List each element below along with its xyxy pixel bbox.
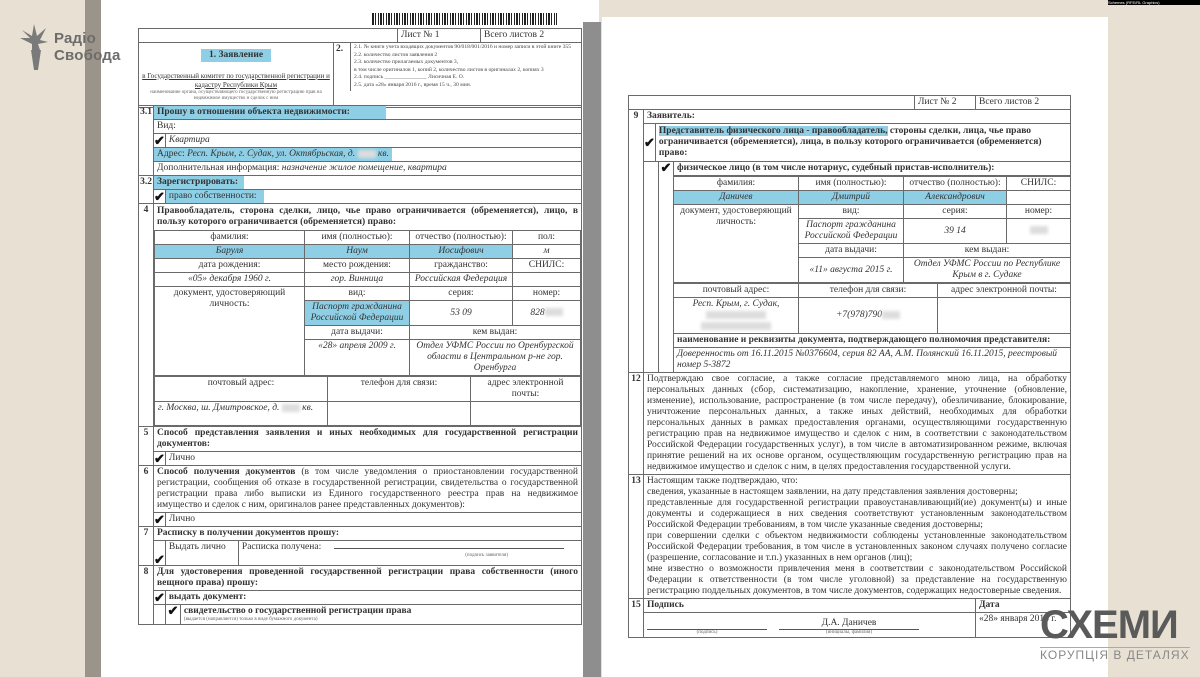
torch-icon xyxy=(18,22,50,72)
sheet-number: Лист № 2 xyxy=(915,96,976,110)
redacted xyxy=(545,308,563,316)
postal-address: Респ. Крым, г. Судак, xyxy=(674,298,799,334)
patronymic: Иосифович xyxy=(410,245,513,259)
email xyxy=(471,402,581,426)
applicant-table: фамилия: имя (полностью): отчество (полн… xyxy=(674,176,1070,283)
patronymic: Александрович xyxy=(904,191,1007,205)
checkmark-icon: ✔ xyxy=(166,605,181,624)
rightholder-table: фамилия: имя (полностью): отчество (полн… xyxy=(154,230,581,376)
surname: Баруля xyxy=(155,245,305,259)
radio-svoboda-logo: Радіо Свобода xyxy=(18,22,121,72)
authority-label: наименование и реквизиты документа, подт… xyxy=(674,334,1070,348)
receipt-request-title: Расписку в получении документов прошу: xyxy=(154,527,582,541)
application-title: 1. Заявление xyxy=(201,49,271,62)
kind-value: Квартира xyxy=(165,134,581,148)
checkmark-icon: ✔ xyxy=(154,591,166,605)
issue-date: «28» апреля 2009 г. xyxy=(305,340,410,376)
contact-table: почтовый адрес: телефон для связи: адрес… xyxy=(154,376,581,426)
receipt-method-title: Способ получения документов (в том числе… xyxy=(154,466,582,513)
doc-number: 828 xyxy=(513,301,581,326)
schemy-subtitle: КОРУПЦІЯ В ДЕТАЛЯХ xyxy=(1040,647,1190,662)
application-header: 1. Заявление в Государственный комитет п… xyxy=(139,43,334,108)
person-type: физическое лицо (в том числе нотариус, с… xyxy=(674,162,1070,176)
recipient-note: наименование органа, осуществляющего гос… xyxy=(142,90,330,102)
object-address: Адрес: Респ. Крым, г. Судак, ул. Октябрь… xyxy=(154,148,392,161)
applicant-contact-table: почтовый адрес: телефон для связи: адрес… xyxy=(674,283,1070,372)
doc-kind: Паспорт гражданина Российской Федерации xyxy=(305,301,410,326)
background-left xyxy=(0,0,85,677)
applicant-title: Заявитель: xyxy=(644,110,1071,124)
page2-form: Лист № 2 Всего листов 2 9 Заявитель: ✔ П… xyxy=(628,95,1071,638)
birthplace: гор. Винница xyxy=(305,273,410,287)
signer-name: Д.А. Даничев xyxy=(779,618,919,630)
checkmark-icon: ✔ xyxy=(154,452,166,466)
doc-number xyxy=(1007,219,1071,244)
certificate-type: свидетельство о государственной регистра… xyxy=(184,606,411,617)
checkmark-icon: ✔ xyxy=(154,190,166,204)
object-section-title: Прошу в отношении объекта недвижимости: xyxy=(154,106,386,119)
background-right xyxy=(1108,17,1200,677)
issued-by: Отдел УФМС России по Оренбургской област… xyxy=(410,340,581,376)
application-recipient: в Государственный комитет по государстве… xyxy=(142,72,330,90)
right-type: право собственности: xyxy=(166,190,264,203)
barcode xyxy=(372,13,557,25)
signature-line xyxy=(334,548,564,549)
issue-date: «11» августа 2015 г. xyxy=(799,258,904,283)
sex: м xyxy=(513,245,581,259)
signature-line xyxy=(647,618,767,630)
checkmark-icon: ✔ xyxy=(659,162,674,372)
doc-kind: Паспорт гражданина Российской Федерации xyxy=(799,219,904,244)
sheet-number: Лист № 1 xyxy=(398,29,481,43)
rightholder-title: Правообладатель, сторона сделки, лицо, ч… xyxy=(154,204,581,230)
receipt-method: Лично xyxy=(165,513,581,527)
surname: Даничев xyxy=(674,191,799,205)
page-shadow xyxy=(583,22,601,677)
sheets-total: Всего листов 2 xyxy=(976,96,1071,110)
authority-document: Доверенность от 16.11.2015 №0376604, сер… xyxy=(674,348,1070,373)
extra-info: Дополнительная информация: назначение жи… xyxy=(154,162,582,176)
checkmark-icon: ✔ xyxy=(154,134,166,148)
checkmark-icon: ✔ xyxy=(154,541,166,566)
register-title: Зарегистрировать: xyxy=(154,176,244,189)
doc-series: 53 09 xyxy=(410,301,513,326)
page1-sections: 3.1 Прошу в отношении объекта недвижимос… xyxy=(138,105,582,625)
applicant-role: Представитель физического лица - правооб… xyxy=(656,124,1070,161)
issue-document-option: выдать документ: xyxy=(165,591,581,605)
consent-text: Подтверждаю свое согласие, а также согла… xyxy=(644,373,1071,475)
signature-label: Подпись xyxy=(644,599,976,613)
registration-info: 2. 2.1. № книги учета входящих документо… xyxy=(334,43,582,108)
issued-by: Отдел УФМС России по Республике Крым в г… xyxy=(904,258,1071,283)
citizenship: Российская Федерация xyxy=(410,273,513,287)
doc-series: 39 14 xyxy=(904,219,1007,244)
phone xyxy=(328,402,471,426)
certificate-title: Для удостоверения проведенной государств… xyxy=(154,566,582,591)
signature-area: Д.А. Даничев (подпись) (инициалы, фамили… xyxy=(644,613,976,638)
first-name: Наум xyxy=(305,245,410,259)
logo-line-1: Радіо xyxy=(54,30,121,47)
first-name: Дмитрий xyxy=(799,191,904,205)
redacted xyxy=(1030,226,1048,234)
background-strip xyxy=(85,0,101,677)
section-number: 3.1 xyxy=(139,106,154,176)
sheets-total: Всего листов 2 xyxy=(481,29,582,43)
submission-method: Лично xyxy=(165,452,581,466)
confirmation-text: Настоящим также подтверждаю, что: сведен… xyxy=(644,475,1071,599)
logo-line-2: Свобода xyxy=(54,47,121,64)
snils xyxy=(513,273,581,287)
postal-address: г. Москва, ш. Дмитровское, д. кв. xyxy=(155,402,328,426)
schemy-title: СХЕМИ xyxy=(1040,605,1190,645)
schemy-logo: СХЕМИ КОРУПЦІЯ В ДЕТАЛЯХ xyxy=(1040,605,1190,662)
image-credit: Schemes (RFE/RL Graphics) xyxy=(1108,0,1200,5)
redacted xyxy=(358,150,376,158)
receipt-option: Выдать лично xyxy=(166,541,239,565)
email xyxy=(938,298,1071,334)
page1-form: Лист № 1 Всего листов 2 1. Заявление в Г… xyxy=(138,28,582,108)
id-doc-label: документ, удостоверяющий личность: xyxy=(155,287,305,376)
phone: +7(978)790 xyxy=(799,298,938,334)
submission-method-title: Способ представления заявления и иных не… xyxy=(154,427,582,452)
birthdate: «05» декабря 1960 г. xyxy=(155,273,305,287)
snils xyxy=(1007,191,1071,205)
checkmark-icon: ✔ xyxy=(644,124,656,161)
checkmark-icon: ✔ xyxy=(154,513,166,527)
kind-label: Вид: xyxy=(154,120,582,134)
